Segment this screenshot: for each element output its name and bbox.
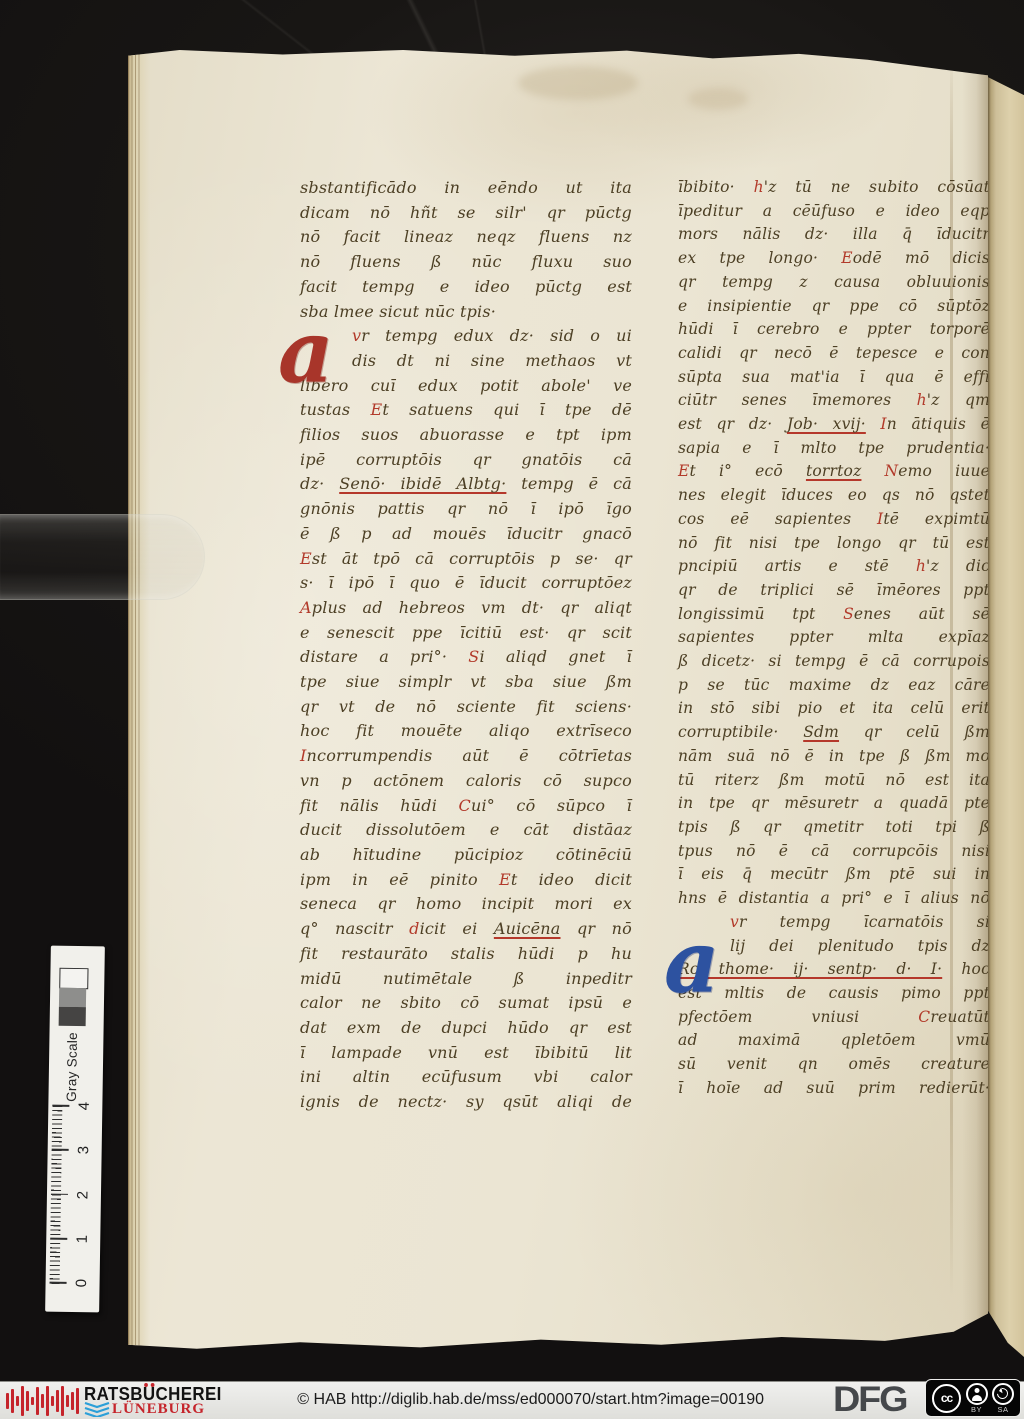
ink-text: 'z dic bbox=[926, 557, 990, 575]
manuscript-line: sapia e ī mlto tpe prudentia· bbox=[678, 437, 990, 461]
manuscript-line: e senescit ppe īcitiū est· qr scit bbox=[300, 621, 632, 646]
facing-page-edge bbox=[988, 72, 1024, 1357]
ink-text: īpeditur a cēūfuso e ideo eqp bbox=[678, 202, 990, 220]
manuscript-line: ī eis q̄ mecūtr ßm ptē sui in bbox=[678, 863, 990, 887]
ink-text: lij dei plenitudo tpis dz bbox=[730, 937, 990, 955]
rubricated-letter: S bbox=[843, 605, 854, 623]
ink-text: sū venit qn omēs creature bbox=[678, 1055, 990, 1073]
ink-text: ipē corruptōis qr gnatōis cā bbox=[300, 450, 632, 469]
ink-text: nō facit lineaz neqz fluens nz bbox=[300, 227, 632, 246]
manuscript-line: sba lmee sicut nūc tpis· bbox=[300, 300, 632, 325]
manuscript-line: ab hītudine pūcipioz cōtinēciū bbox=[300, 843, 632, 868]
ink-text: enes aūt sē bbox=[854, 605, 990, 623]
manuscript-line: nō fit nisi tpe longo qr tū est bbox=[678, 532, 990, 556]
manuscript-line: gnōnis pattis qr nō ī ipō īgo bbox=[300, 497, 632, 522]
ink-text: t satuens qui ī tpe dē bbox=[382, 400, 632, 419]
manuscript-line: hoc fit mouēte aliqo extrīseco bbox=[300, 719, 632, 744]
manuscript-line: qr vt de nō sciente fit sciens· bbox=[300, 695, 632, 720]
ink-text: sūpta sua mat'ia ī qua ē effi bbox=[678, 368, 990, 386]
barcode-bar bbox=[21, 1386, 24, 1416]
ink-text: fit nālis hūdi bbox=[300, 796, 459, 815]
manuscript-line: calidi qr necō ē tepesce e con bbox=[678, 342, 990, 366]
manuscript-line: sbstantificādo in eēndo ut ita bbox=[300, 176, 632, 201]
manuscript-line: est qr dz· Job· xvij· In ātiquis ē bbox=[678, 413, 990, 437]
ink-text bbox=[866, 415, 881, 433]
ruler-major-tick bbox=[51, 1193, 68, 1195]
barcode-bar bbox=[76, 1388, 79, 1414]
manuscript-line: ducit dissolutōem e cāt distāaz bbox=[300, 818, 632, 843]
ink-text: ībibito· bbox=[678, 178, 754, 196]
ink-text: e insipientie qr ppe cō sūptōz bbox=[678, 297, 990, 315]
ink-text: hoc bbox=[942, 960, 990, 978]
ink-text: qr tempg z causa obluuionis bbox=[678, 273, 990, 291]
manuscript-line: nō facit lineaz neqz fluens nz bbox=[300, 225, 632, 250]
manuscript-line: seneca qr homo incipit mori ex bbox=[300, 892, 632, 917]
manuscript-line: libero cuī edux potit abole' ve bbox=[300, 374, 632, 399]
red-underlined-text: Auicēna bbox=[494, 919, 561, 938]
rubricated-letter: E bbox=[841, 249, 853, 267]
manuscript-line: calor ne sbito cō sumat ipsū e bbox=[300, 991, 632, 1016]
ink-text: nes elegit īduces eo qs nō qstet bbox=[678, 486, 990, 504]
manuscript-line: vr tempg edux dz· sid o ui bbox=[352, 324, 632, 349]
red-underlined-text: Sdm bbox=[803, 723, 839, 741]
manuscript-line: est mltis de causis pimo ppt bbox=[678, 982, 990, 1006]
rubricated-letter: v bbox=[352, 326, 361, 345]
ink-text: sapientes ppter mlta expīaz bbox=[678, 628, 990, 646]
manuscript-line: nes elegit īduces eo qs nō qstet bbox=[678, 484, 990, 508]
rubricated-letter: E bbox=[499, 870, 511, 889]
page-stack-edge bbox=[128, 48, 150, 1350]
cc-sa-arrow-icon bbox=[992, 1383, 1014, 1405]
ink-text: ī hoīe ad suū prim redierūt· bbox=[678, 1079, 990, 1097]
barcode-bar bbox=[11, 1389, 14, 1413]
cc-by-label: BY bbox=[971, 1406, 982, 1413]
barcode-bar bbox=[51, 1396, 54, 1406]
manuscript-line: īpeditur a cēūfuso e ideo eqp bbox=[678, 200, 990, 224]
manuscript-line: ībibito· h'z tū ne subito cōsūat bbox=[678, 176, 990, 200]
manuscript-line: pfectōem vniusi Creuatūt bbox=[678, 1006, 990, 1030]
barcode-bar bbox=[31, 1397, 34, 1405]
ink-text: emo iuue bbox=[898, 462, 990, 480]
ink-text: libero cuī edux potit abole' ve bbox=[300, 376, 632, 395]
manuscript-line: Est āt tpō cā corruptōis p se· qr bbox=[300, 547, 632, 572]
manuscript-line: distare a pri°· Si aliqd gnet ī bbox=[300, 645, 632, 670]
ink-text: ncorrumpendis aūt ē cōtrīetas bbox=[307, 746, 632, 765]
ink-text: tū riterz ßm motū nō est ita bbox=[678, 771, 990, 789]
manuscript-line: lij dei plenitudo tpis dz bbox=[730, 935, 990, 959]
ink-text: ī lampade vnū est ībibitū lit bbox=[300, 1043, 632, 1062]
cc-sa-label: SA bbox=[997, 1406, 1008, 1413]
ink-text: sbstantificādo in eēndo ut ita bbox=[300, 178, 632, 197]
ink-text: pncipiū artis e stē bbox=[678, 557, 916, 575]
gray-patch-dark bbox=[59, 1007, 86, 1026]
manuscript-scan-photo: sbstantificādo in eēndo ut itadicam nō h… bbox=[0, 0, 1024, 1419]
ink-text: ab hītudine pūcipioz cōtinēciū bbox=[300, 845, 632, 864]
manuscript-line: vn p actōnem caloris cō supco bbox=[300, 769, 632, 794]
ink-text: facit tempg e ideo pūctg est bbox=[300, 277, 632, 296]
manuscript-line: mors nālis dz· illa q̄ īducitr bbox=[678, 223, 990, 247]
ink-text: ignis de nectz· sy qsūt aliqi de bbox=[300, 1092, 632, 1111]
barcode-bar bbox=[66, 1395, 69, 1407]
manuscript-line: facit tempg e ideo pūctg est bbox=[300, 275, 632, 300]
manuscript-line: ß dicetz· si tempg ē cā corrupois bbox=[678, 650, 990, 674]
ink-text: s· ī ipō ī quo ē īducit corruptōez bbox=[300, 573, 632, 592]
library-city: LÜNEBURG bbox=[112, 1401, 205, 1418]
ink-text: qr nō bbox=[561, 919, 633, 938]
ink-text: dicam nō hñt se silr' qr pūctg bbox=[300, 203, 632, 222]
ink-text: hūdi ī cerebro e ppter torporē bbox=[678, 320, 990, 338]
rubricated-letter: E bbox=[678, 462, 690, 480]
ink-text: icit ei bbox=[420, 919, 494, 938]
manuscript-line: longissimū tpt Senes aūt sē bbox=[678, 603, 990, 627]
ink-text: hns ē distantia a pri° e ī alius nō bbox=[678, 889, 990, 907]
parchment-stain bbox=[518, 66, 638, 100]
copyright-url: © HAB http://diglib.hab.de/mss/ed000070/… bbox=[297, 1391, 764, 1409]
ink-text: calidi qr necō ē tepesce e con bbox=[678, 344, 990, 362]
ink-text: corruptibile· bbox=[678, 723, 803, 741]
cc-sa-group: SA bbox=[992, 1383, 1014, 1413]
rubricated-letter: h bbox=[917, 391, 927, 409]
ink-text: i aliqd gnet ī bbox=[479, 647, 632, 666]
manuscript-line: tpe siue simplr vt sba siue ßm bbox=[300, 670, 632, 695]
manuscript-line: filios suos abuorasse e tpt ipm bbox=[300, 423, 632, 448]
ink-text: tpe siue simplr vt sba siue ßm bbox=[300, 672, 632, 691]
ink-text: seneca qr homo incipit mori ex bbox=[300, 894, 632, 913]
ink-text: tustas bbox=[300, 400, 370, 419]
ink-text: qr vt de nō sciente fit sciens· bbox=[300, 697, 632, 716]
ink-text: distare a pri°· bbox=[300, 647, 468, 666]
ink-text: ē ß p ad mouēs īducitr gnacō bbox=[300, 524, 632, 543]
ruler-number: 4 bbox=[76, 1102, 93, 1111]
manuscript-line: tū riterz ßm motū nō est ita bbox=[678, 769, 990, 793]
rubricated-letter: E bbox=[370, 400, 382, 419]
manuscript-line: sū venit qn omēs creature bbox=[678, 1053, 990, 1077]
manuscript-line: ipm in eē pinito Et ideo dicit bbox=[300, 868, 632, 893]
cc-license-badge: cc BY SA bbox=[925, 1379, 1021, 1417]
ink-text: p se tūc maxime dz eaz cāre bbox=[678, 676, 990, 694]
ink-text: ui° cō sūpco ī bbox=[471, 796, 632, 815]
red-underlined-text: Senō· ibidē Albtg· bbox=[339, 474, 506, 493]
manuscript-line: dz· Senō· ibidē Albtg· tempg ē cā bbox=[300, 472, 632, 497]
manuscript-line: sūpta sua mat'ia ī qua ē effi bbox=[678, 366, 990, 390]
manuscript-line: ignis de nectz· sy qsūt aliqi de bbox=[300, 1090, 632, 1115]
ink-text: t ideo dicit bbox=[511, 870, 632, 889]
ink-text: ad maximā qpletōem vmū bbox=[678, 1031, 990, 1049]
manuscript-line: ipē corruptōis qr gnatōis cā bbox=[300, 448, 632, 473]
ink-text: filios suos abuorasse e tpt ipm bbox=[300, 425, 632, 444]
ink-text: nām suā nō ē in tpe ß ßm mo bbox=[678, 747, 990, 765]
manuscript-page: sbstantificādo in eēndo ut itadicam nō h… bbox=[128, 48, 988, 1350]
manuscript-line: fit restaurāto stalis hūdi p hu bbox=[300, 942, 632, 967]
ruler-number: 3 bbox=[75, 1146, 92, 1155]
ink-text: vn p actōnem caloris cō supco bbox=[300, 771, 632, 790]
ink-text: qr de triplici sē īmēores ppt bbox=[678, 581, 990, 599]
manuscript-line: e insipientie qr ppe cō sūptōz bbox=[678, 295, 990, 319]
rubricated-letter: E bbox=[300, 549, 312, 568]
ink-text: fit restaurāto stalis hūdi p hu bbox=[300, 944, 632, 963]
ink-text: tpis ß qr qmetitr toti tpi ß bbox=[678, 818, 990, 836]
ruler-major-tick bbox=[50, 1282, 67, 1284]
manuscript-line: vr tempg īcarnatōis si bbox=[730, 911, 990, 935]
ruler-major-tick bbox=[50, 1237, 67, 1239]
ink-text: in tpe qr mēsuretr a quadā pte bbox=[678, 794, 990, 812]
ink-text: r tempg īcarnatōis si bbox=[739, 913, 990, 931]
ink-text: ß dicetz· si tempg ē cā corrupois bbox=[678, 652, 990, 670]
ink-text: in stō sibi pio et ita celū erit bbox=[678, 699, 990, 717]
manuscript-line: qr tempg z causa obluuionis bbox=[678, 271, 990, 295]
ink-text: q° nascitr bbox=[300, 919, 409, 938]
ink-text: tempg ē cā bbox=[506, 474, 632, 493]
ruler-minor-ticks bbox=[50, 1106, 63, 1285]
gray-scale-ruler: Gray Scale 43210 bbox=[45, 946, 105, 1313]
ink-text: dat exm de dupci hūdo qr est bbox=[300, 1018, 632, 1037]
ink-text: midū nutimētale ß inpeditr bbox=[300, 969, 632, 988]
manuscript-line: ī hoīe ad suū prim redierūt· bbox=[678, 1077, 990, 1101]
ink-text: reuatūt bbox=[930, 1008, 990, 1026]
manuscript-line: p se tūc maxime dz eaz cāre bbox=[678, 674, 990, 698]
ink-text: hoc fit mouēte aliqo extrīseco bbox=[300, 721, 632, 740]
manuscript-line: dis dt ni sine methaos vt bbox=[352, 349, 632, 374]
ink-text: ciūtr senes īmemores bbox=[678, 391, 917, 409]
ruler-number: 1 bbox=[74, 1235, 91, 1244]
manuscript-line: nām suā nō ē in tpe ß ßm mo bbox=[678, 745, 990, 769]
red-underlined-text: torrtoz bbox=[806, 462, 862, 480]
rubricated-letter: h bbox=[916, 557, 926, 575]
manuscript-line: tpus nō ē cā corrupcōis nisi bbox=[678, 840, 990, 864]
page-holder-clamp bbox=[0, 514, 205, 600]
ink-text: ex tpe longo· bbox=[678, 249, 841, 267]
barcode-bar bbox=[56, 1390, 59, 1412]
rubricated-letter: S bbox=[468, 647, 479, 666]
ink-text: mors nālis dz· illa q̄ īducitr bbox=[678, 225, 990, 243]
ink-text: nō fit nisi tpe longo qr tū est bbox=[678, 534, 990, 552]
ink-text bbox=[861, 462, 884, 480]
ink-text: longissimū tpt bbox=[678, 605, 843, 623]
manuscript-line: fit nālis hūdi Cui° cō sūpco ī bbox=[300, 794, 632, 819]
manuscript-line: ini altin ecūfusum vbi calor bbox=[300, 1065, 632, 1090]
manuscript-line: dicam nō hñt se silr' qr pūctg bbox=[300, 201, 632, 226]
manuscript-line: dat exm de dupci hūdo qr est bbox=[300, 1016, 632, 1041]
manuscript-line: q° nascitr dicit ei Auicēna qr nō bbox=[300, 917, 632, 942]
ink-text: sapia e ī mlto tpe prudentia· bbox=[678, 439, 990, 457]
text-column-left: sbstantificādo in eēndo ut itadicam nō h… bbox=[300, 176, 632, 1115]
manuscript-line: hūdi ī cerebro e ppter torporē bbox=[678, 318, 990, 342]
ink-text: nō fluens ß nūc fluxu suo bbox=[300, 252, 632, 271]
barcode-icon bbox=[6, 1385, 79, 1417]
rubricated-letter: N bbox=[885, 462, 899, 480]
barcode-bar bbox=[41, 1394, 44, 1408]
ink-text: n ātiquis ē bbox=[887, 415, 990, 433]
ink-text: cos eē sapientes bbox=[678, 510, 877, 528]
ink-text: ipm in eē pinito bbox=[300, 870, 499, 889]
manuscript-line: Ro thome· ij· sentp· d· I· hoc bbox=[678, 958, 990, 982]
manuscript-line: ī lampade vnū est ībibitū lit bbox=[300, 1041, 632, 1066]
manuscript-line: tustas Et satuens qui ī tpe dē bbox=[300, 398, 632, 423]
ink-text: ī eis q̄ mecūtr ßm ptē sui in bbox=[678, 865, 990, 883]
ink-text: r tempg edux dz· sid o ui bbox=[361, 326, 632, 345]
cc-icon: cc bbox=[932, 1384, 961, 1413]
gray-patch-mid bbox=[59, 988, 86, 1007]
ink-text: plus ad hebreos vm dt· qr aliqt bbox=[312, 598, 632, 617]
manuscript-line: in tpe qr mēsuretr a quadā pte bbox=[678, 792, 990, 816]
barcode-bar bbox=[71, 1392, 74, 1410]
dfg-logo: DFG bbox=[833, 1380, 906, 1419]
manuscript-line: hns ē distantia a pri° e ī alius nō bbox=[678, 887, 990, 911]
ruler-number: 0 bbox=[73, 1279, 90, 1288]
illuminated-initial-red: a bbox=[278, 310, 334, 396]
rubricated-letter: C bbox=[459, 796, 471, 815]
ink-text: 'z qm bbox=[927, 391, 990, 409]
rubricated-letter: C bbox=[918, 1008, 930, 1026]
manuscript-line: ex tpe longo· Eodē mō dicis bbox=[678, 247, 990, 271]
manuscript-line: sapientes ppter mlta expīaz bbox=[678, 626, 990, 650]
ink-text: dis dt ni sine methaos vt bbox=[352, 351, 632, 370]
cc-by-person-icon bbox=[966, 1383, 988, 1405]
rubricated-letter: h bbox=[754, 178, 764, 196]
ink-text: calor ne sbito cō sumat ipsū e bbox=[300, 993, 632, 1012]
ink-text: 'z tū ne subito cōsūat bbox=[764, 178, 990, 196]
barcode-bar bbox=[36, 1387, 39, 1415]
ink-text: tpus nō ē cā corrupcōis nisi bbox=[678, 842, 990, 860]
ink-text: est mltis de causis pimo ppt bbox=[678, 984, 990, 1002]
ruler-major-tick bbox=[52, 1105, 69, 1107]
ruler-number: 2 bbox=[74, 1190, 91, 1199]
ink-text: t i° ecō bbox=[690, 462, 806, 480]
manuscript-line: Incorrumpendis aūt ē cōtrīetas bbox=[300, 744, 632, 769]
manuscript-line: ad maximā qpletōem vmū bbox=[678, 1029, 990, 1053]
manuscript-line: in stō sibi pio et ita celū erit bbox=[678, 697, 990, 721]
ink-text: odē mō dicis bbox=[853, 249, 990, 267]
text-column-right: ībibito· h'z tū ne subito cōsūatīpeditur… bbox=[678, 176, 990, 1100]
rubricated-letter: v bbox=[730, 913, 739, 931]
manuscript-line: s· ī ipō ī quo ē īducit corruptōez bbox=[300, 571, 632, 596]
manuscript-line: ciūtr senes īmemores h'z qm bbox=[678, 389, 990, 413]
manuscript-line: corruptibile· Sdm qr celū ßm bbox=[678, 721, 990, 745]
illuminated-initial-blue: a bbox=[664, 920, 720, 1006]
manuscript-line: midū nutimētale ß inpeditr bbox=[300, 967, 632, 992]
ink-text: qr celū ßm bbox=[839, 723, 990, 741]
ink-text: tē expimtū bbox=[883, 510, 990, 528]
ruler-major-tick bbox=[52, 1149, 69, 1151]
manuscript-line: ē ß p ad mouēs īducitr gnacō bbox=[300, 522, 632, 547]
manuscript-line: qr de triplici sē īmēores ppt bbox=[678, 579, 990, 603]
ink-text: st āt tpō cā corruptōis p se· qr bbox=[312, 549, 632, 568]
manuscript-line: cos eē sapientes Itē expimtū bbox=[678, 508, 990, 532]
barcode-bar bbox=[26, 1391, 29, 1411]
manuscript-line: nō fluens ß nūc fluxu suo bbox=[300, 250, 632, 275]
ink-text: gnōnis pattis qr nō ī ipō īgo bbox=[300, 499, 632, 518]
manuscript-line: pncipiū artis e stē h'z dic bbox=[678, 555, 990, 579]
manuscript-line: tpis ß qr qmetitr toti tpi ß bbox=[678, 816, 990, 840]
ink-text: ini altin ecūfusum vbi calor bbox=[300, 1067, 632, 1086]
barcode-bar bbox=[61, 1386, 64, 1416]
gray-patch-white bbox=[59, 968, 88, 989]
ink-text: e senescit ppe īcitiū est· qr scit bbox=[300, 623, 632, 642]
barcode-bar bbox=[46, 1386, 49, 1416]
rubricated-letter: A bbox=[300, 598, 312, 617]
books-wave-icon bbox=[84, 1402, 110, 1419]
ink-text: dz· bbox=[300, 474, 339, 493]
manuscript-line: Et i° ecō torrtoz Nemo iuue bbox=[678, 460, 990, 484]
ink-text: ducit dissolutōem e cāt distāaz bbox=[300, 820, 632, 839]
barcode-bar bbox=[16, 1396, 19, 1406]
manuscript-line: Aplus ad hebreos vm dt· qr aliqt bbox=[300, 596, 632, 621]
rubricated-letter: d bbox=[409, 919, 419, 938]
barcode-bar bbox=[6, 1393, 9, 1409]
footer-bar: RATSBUCHEREI LÜNEBURG © HAB http://digli… bbox=[0, 1381, 1024, 1419]
ruler-label: Gray Scale bbox=[64, 1032, 80, 1102]
cc-by-group: BY bbox=[966, 1383, 988, 1413]
parchment-stain bbox=[688, 88, 748, 110]
ink-text: est qr dz· bbox=[678, 415, 787, 433]
red-underlined-text: Job· xvij· bbox=[787, 415, 866, 433]
